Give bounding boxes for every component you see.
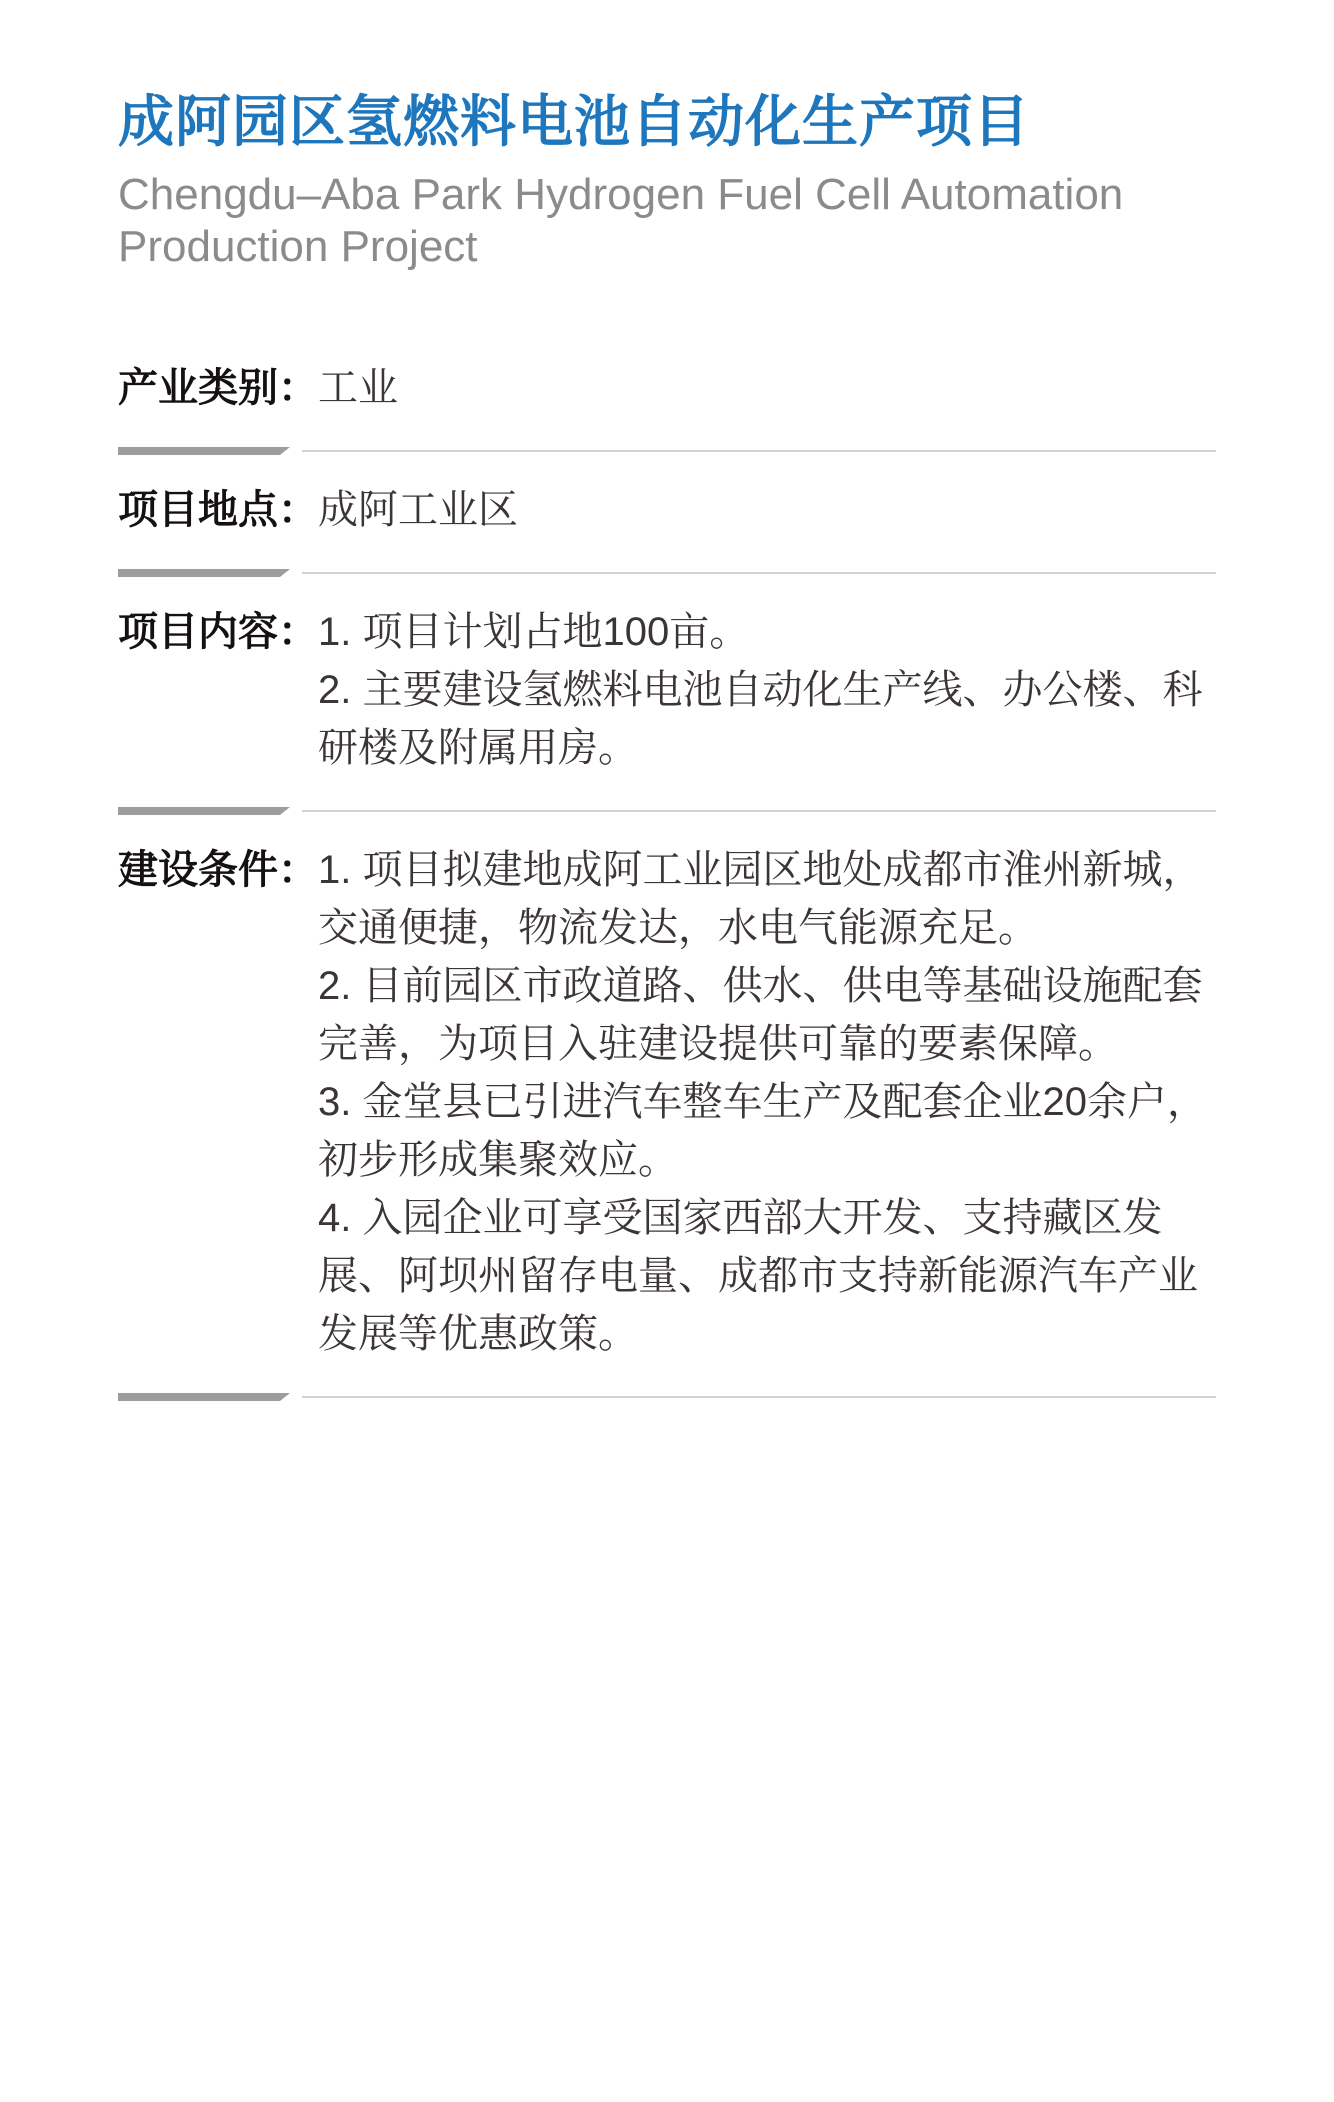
field-value-line: 2. 主要建设氢燃料电池自动化生产线、办公楼、科研楼及附属用房。 xyxy=(318,661,1216,777)
field-row: 项目地点： 成阿工业区 xyxy=(118,455,1216,569)
divider-accent-bar xyxy=(118,1393,290,1401)
divider-line xyxy=(302,1396,1216,1398)
field-row: 项目内容： 1. 项目计划占地100亩。2. 主要建设氢燃料电池自动化生产线、办… xyxy=(118,577,1216,807)
field-label: 项目内容： xyxy=(118,603,318,661)
divider-line xyxy=(302,810,1216,812)
section-divider xyxy=(118,569,1216,577)
section-divider xyxy=(118,807,1216,815)
field-value-line: 工业 xyxy=(318,359,1216,417)
field-value-line: 3. 金堂县已引进汽车整车生产及配套企业20余户，初步形成集聚效应。 xyxy=(318,1073,1216,1189)
field-label: 产业类别： xyxy=(118,359,318,417)
divider-accent-bar xyxy=(118,807,290,815)
section-divider xyxy=(118,1393,1216,1401)
field-value-line: 4. 入园企业可享受国家西部大开发、支持藏区发展、阿坝州留存电量、成都市支持新能… xyxy=(318,1189,1216,1363)
page-title: 成阿园区氢燃料电池自动化生产项目 xyxy=(118,88,1216,155)
field-list: 产业类别： 工业 项目地点： 成阿工业区 项目内容： 1. 项目计划占地100亩… xyxy=(118,333,1216,1401)
field-value: 1. 项目拟建地成阿工业园区地处成都市淮州新城，交通便捷，物流发达，水电气能源充… xyxy=(318,841,1216,1363)
field-value: 1. 项目计划占地100亩。2. 主要建设氢燃料电池自动化生产线、办公楼、科研楼… xyxy=(318,603,1216,777)
field-value-line: 1. 项目计划占地100亩。 xyxy=(318,603,1216,661)
field-value: 成阿工业区 xyxy=(318,481,1216,539)
page-subtitle-english: Chengdu–Aba Park Hydrogen Fuel Cell Auto… xyxy=(118,169,1216,273)
field-row: 建设条件： 1. 项目拟建地成阿工业园区地处成都市淮州新城，交通便捷，物流发达，… xyxy=(118,815,1216,1393)
field-label: 项目地点： xyxy=(118,481,318,539)
project-info-sheet: 成阿园区氢燃料电池自动化生产项目 Chengdu–Aba Park Hydrog… xyxy=(0,0,1334,2102)
field-value-line: 2. 目前园区市政道路、供水、供电等基础设施配套完善，为项目入驻建设提供可靠的要… xyxy=(318,957,1216,1073)
field-label: 建设条件： xyxy=(118,841,318,899)
field-row: 产业类别： 工业 xyxy=(118,333,1216,447)
field-value: 工业 xyxy=(318,359,1216,417)
divider-line xyxy=(302,572,1216,574)
divider-accent-bar xyxy=(118,569,290,577)
section-divider xyxy=(118,447,1216,455)
divider-accent-bar xyxy=(118,447,290,455)
divider-line xyxy=(302,450,1216,452)
field-value-line: 成阿工业区 xyxy=(318,481,1216,539)
field-value-line: 1. 项目拟建地成阿工业园区地处成都市淮州新城，交通便捷，物流发达，水电气能源充… xyxy=(318,841,1216,957)
